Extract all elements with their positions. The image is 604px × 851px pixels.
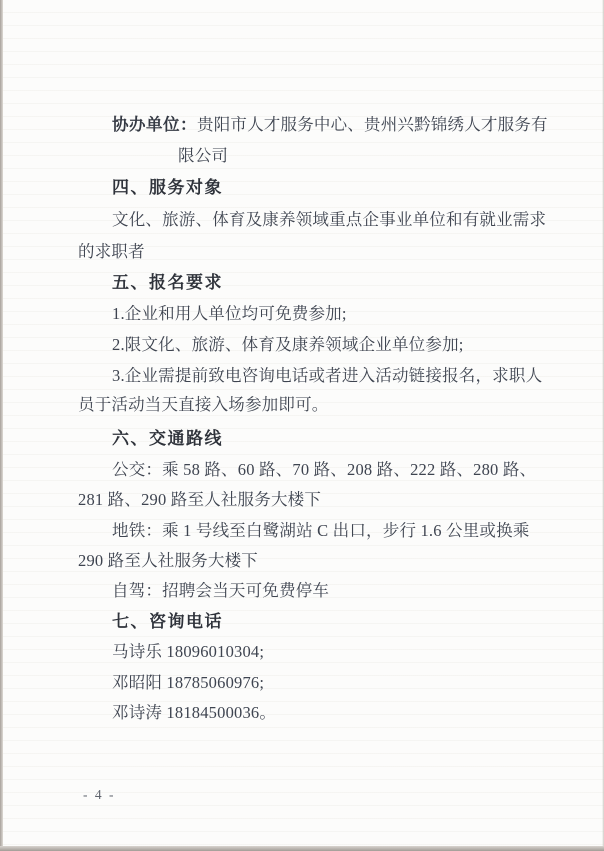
requirement-item-1: 1.企业和用人单位均可免费参加; (112, 303, 347, 325)
co-organizer-line: 协办单位：贵阳市人才服务中心、贵州兴黔锦绣人才服务有 (112, 114, 548, 136)
metro-route-line-continuation: 290 路至人社服务大楼下 (78, 550, 258, 572)
section-heading-6-transport-routes: 六、交通路线 (112, 428, 223, 450)
bus-route-line-continuation: 281 路、290 路至人社服务大楼下 (78, 489, 321, 511)
section-heading-4-service-targets: 四、服务对象 (112, 177, 223, 199)
contact-phone-1: 马诗乐 18096010304; (112, 641, 264, 663)
scanned-document-page: 协办单位：贵阳市人才服务中心、贵州兴黔锦绣人才服务有 限公司 四、服务对象 文化… (0, 0, 604, 851)
requirement-item-3-continuation: 员于活动当天直接入场参加即可。 (78, 394, 329, 416)
driving-line: 自驾：招聘会当天可免费停车 (112, 580, 329, 602)
contact-phone-2: 邓昭阳 18785060976; (112, 672, 264, 694)
co-organizer-line-continuation: 限公司 (178, 145, 228, 167)
scan-edge-bottom (0, 846, 604, 851)
page-number: - 4 - (83, 787, 116, 803)
contact-phone-3: 邓诗涛 18184500036。 (112, 702, 276, 724)
service-targets-text-continuation: 的求职者 (78, 241, 145, 263)
scan-edge-left (0, 0, 3, 851)
section-heading-5-registration-requirements: 五、报名要求 (112, 272, 223, 294)
bus-route-line: 公交：乘 58 路、60 路、70 路、208 路、222 路、280 路、 (112, 459, 536, 481)
co-organizer-value: 贵阳市人才服务中心、贵州兴黔锦绣人才服务有 (197, 115, 548, 134)
co-organizer-label: 协办单位： (112, 116, 197, 134)
service-targets-text: 文化、旅游、体育及康养领域重点企事业单位和有就业需求 (112, 209, 546, 231)
section-heading-7-contact-phones: 七、咨询电话 (112, 611, 223, 633)
metro-route-line: 地铁：乘 1 号线至白鹭湖站 C 出口，步行 1.6 公里或换乘 (112, 520, 530, 542)
requirement-item-2: 2.限文化、旅游、体育及康养领域企业单位参加; (112, 334, 464, 356)
requirement-item-3: 3.企业需提前致电咨询电话或者进入活动链接报名，求职人 (112, 365, 542, 387)
